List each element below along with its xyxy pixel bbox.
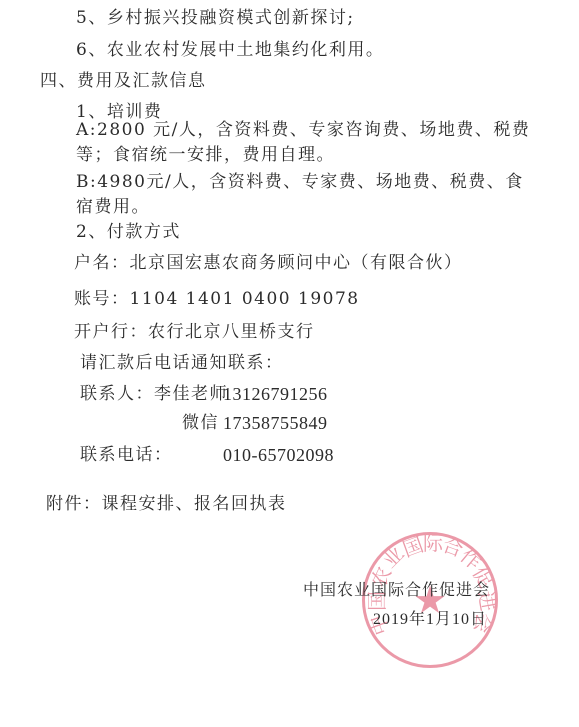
bank-name: 开户行：农行北京八里桥支行 bbox=[74, 322, 315, 342]
topic-number: 6、 bbox=[76, 40, 107, 60]
topic-text: 农业农村发展中土地集约化利用。 bbox=[107, 40, 385, 60]
signature-organization: 中国农业国际合作促进会 bbox=[303, 580, 490, 600]
wechat-label: 微信 bbox=[182, 413, 219, 433]
contact-notice: 请汇款后电话通知联系： bbox=[80, 353, 284, 373]
topic-number: 5、 bbox=[76, 8, 107, 28]
official-stamp: ★ 中 国 农 业 国 际 合 作 促 进 会 bbox=[362, 532, 498, 668]
account-number: 账号：1104 1401 0400 19078 bbox=[74, 289, 360, 309]
fee-option-a-line2: 等；食宿统一安排，费用自理。 bbox=[76, 145, 335, 165]
section-heading-fees: 四、费用及汇款信息 bbox=[40, 71, 207, 91]
payment-heading: 2、付款方式 bbox=[76, 222, 181, 242]
attachment-line: 附件：课程安排、报名回执表 bbox=[46, 494, 287, 514]
contact-person: 联系人：李佳老师 bbox=[80, 384, 228, 404]
fee-option-a-line1: A:2800 元/人，含资料费、专家咨询费、场地费、税费 bbox=[76, 120, 530, 140]
fee-heading: 1、培训费 bbox=[76, 102, 162, 122]
topic-text: 乡村振兴投融资模式创新探讨; bbox=[107, 8, 355, 28]
contact-phone-label: 联系电话： bbox=[80, 445, 173, 465]
topic-item-6: 6、农业农村发展中土地集约化利用。 bbox=[76, 40, 384, 60]
wechat-number: 17358755849 bbox=[223, 413, 328, 433]
fee-option-b-line1: B:4980元/人，含资料费、专家费、场地费、税费、食 bbox=[76, 172, 524, 192]
contact-person-phone: 13126791256 bbox=[223, 384, 328, 404]
account-name: 户名：北京国宏惠农商务顾问中心（有限合伙） bbox=[74, 253, 463, 273]
fee-option-b-line2: 宿费用。 bbox=[76, 197, 150, 217]
topic-item-5: 5、乡村振兴投融资模式创新探讨; bbox=[76, 8, 355, 28]
contact-phone-number: 010-65702098 bbox=[223, 445, 334, 465]
signature-date: 2019年1月10日 bbox=[373, 610, 487, 630]
